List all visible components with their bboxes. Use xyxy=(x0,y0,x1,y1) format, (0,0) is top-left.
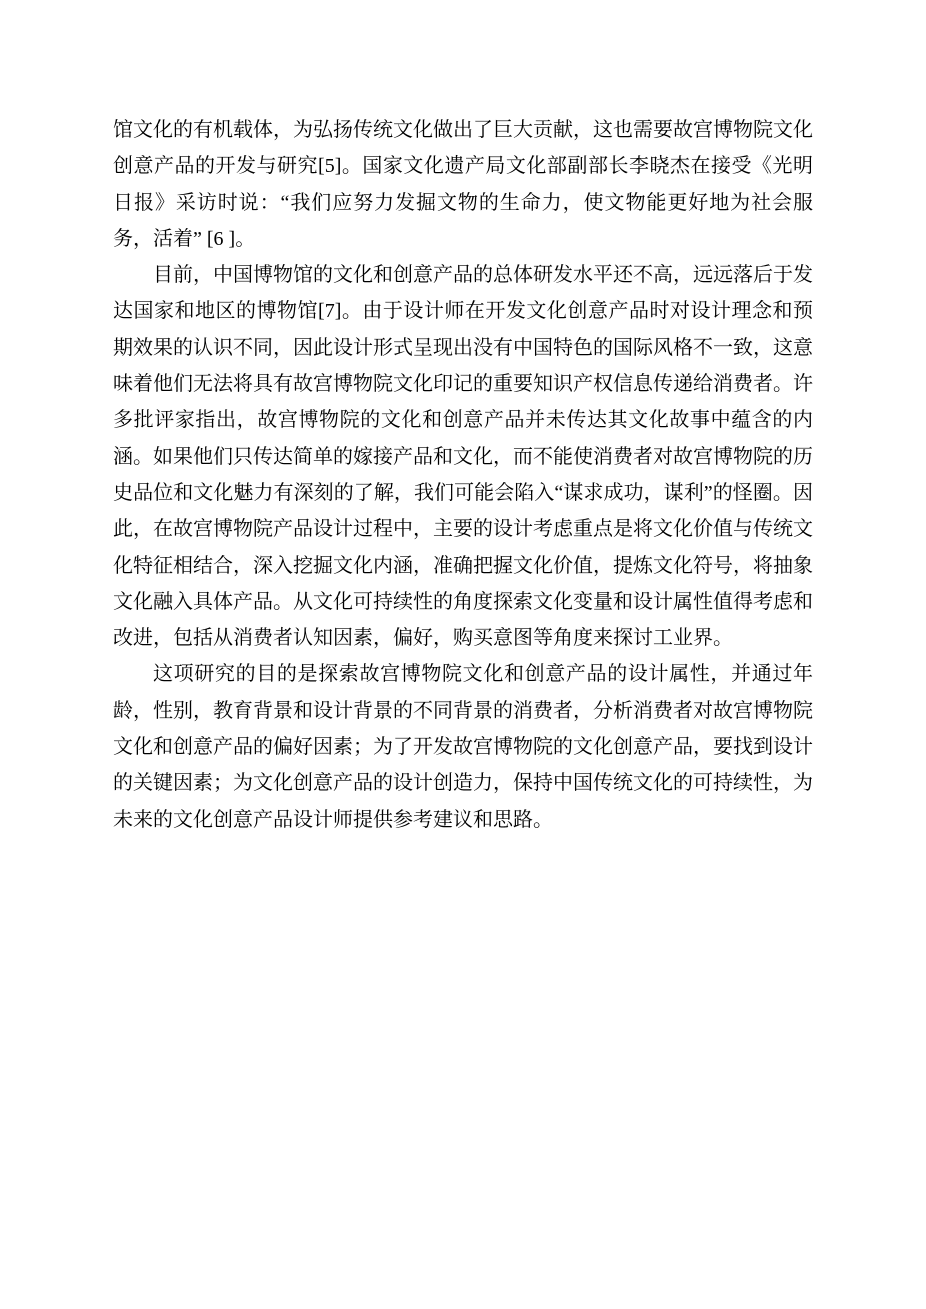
paragraph-continuation: 馆文化的有机载体，为弘扬传统文化做出了巨大贡献，这也需要故宫博物院文化创意产品的… xyxy=(113,112,813,257)
paragraph-research-purpose: 这项研究的目的是探索故宫博物院文化和创意产品的设计属性，并通过年龄，性别，教育背… xyxy=(113,656,813,837)
paragraph-current-status: 目前，中国博物馆的文化和创意产品的总体研发水平还不高，远远落后于发达国家和地区的… xyxy=(113,257,813,656)
text-block: 馆文化的有机载体，为弘扬传统文化做出了巨大贡献，这也需要故宫博物院文化创意产品的… xyxy=(113,112,813,838)
document-page: 馆文化的有机载体，为弘扬传统文化做出了巨大贡献，这也需要故宫博物院文化创意产品的… xyxy=(0,0,926,1309)
